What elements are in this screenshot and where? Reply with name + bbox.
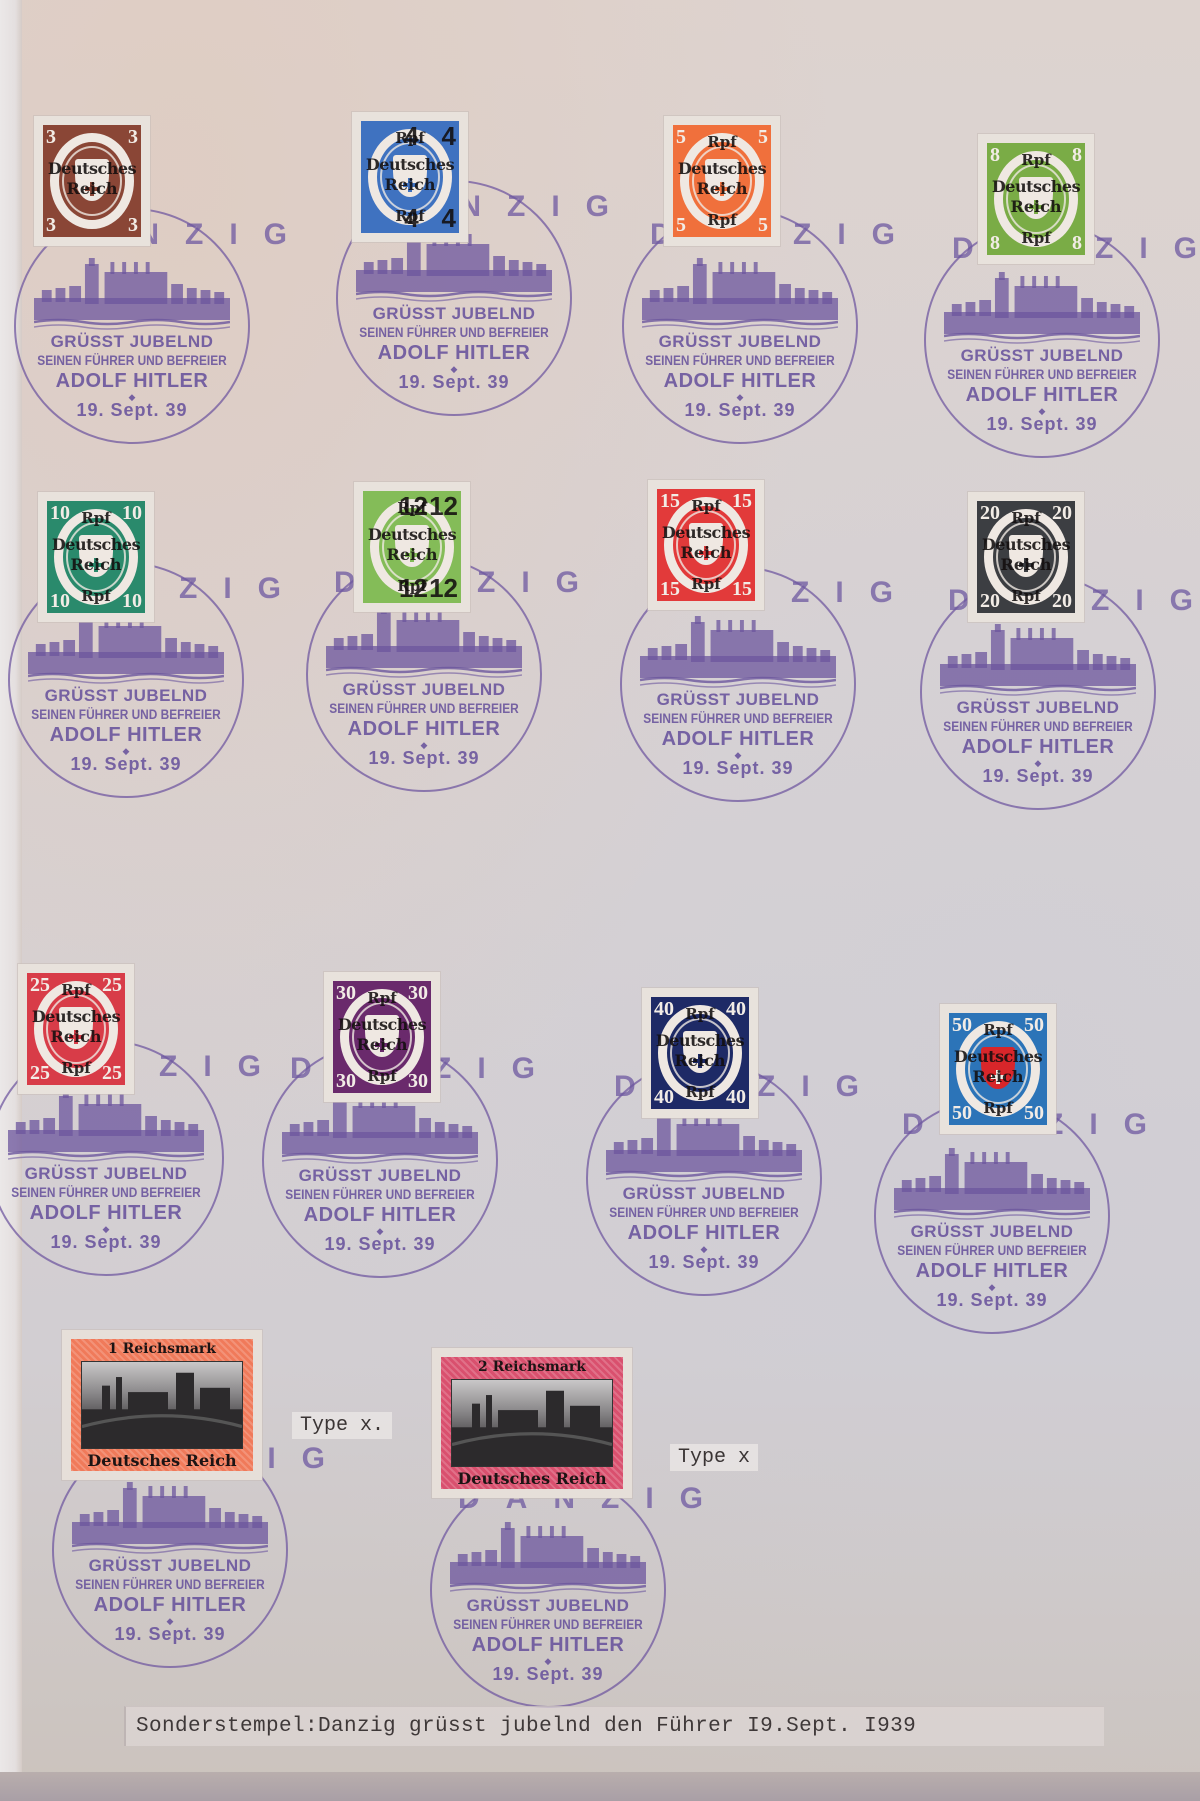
overprint-deutsches: Deutsches bbox=[333, 1017, 431, 1033]
city-skyline-icon bbox=[640, 616, 836, 688]
postmark-line-2: SEINEN FÜHRER UND BEFREIER bbox=[352, 325, 556, 340]
overprint-rpf-top: Rpf bbox=[333, 991, 431, 1006]
postmark-skyline bbox=[72, 1482, 268, 1554]
postmark-date: 19. Sept. 39 bbox=[624, 400, 856, 421]
city-skyline-icon bbox=[944, 272, 1140, 344]
reichsmark-pictorial-stamp-1: 1 Reichsmark Deutsches Reich bbox=[62, 1330, 262, 1480]
overprint-rpf-bottom: Rpf bbox=[673, 213, 771, 228]
danzig-overprint-stamp-25: 25 25 25 25 Rpf Deutsches Reich Rpf bbox=[18, 964, 134, 1094]
overprint-deutsches: Deutsches bbox=[657, 525, 755, 541]
overprint-deutsches: Deutsches bbox=[47, 537, 145, 553]
stamp-frame: 2 Reichsmark Deutsches Reich bbox=[441, 1357, 623, 1489]
stamp-face: 40 40 40 40 Rpf Deutsches Reich Rpf bbox=[651, 997, 749, 1109]
stamp-face: 30 30 30 30 Rpf Deutsches Reich Rpf bbox=[333, 981, 431, 1093]
postmark-line-2: SEINEN FÜHRER UND BEFREIER bbox=[636, 711, 840, 726]
overprint-deutsches: Deutsches bbox=[363, 527, 461, 543]
postmark-line-2: SEINEN FÜHRER UND BEFREIER bbox=[602, 1205, 806, 1220]
overprint-deutsches: Deutsches bbox=[987, 179, 1085, 195]
city-skyline-icon bbox=[642, 258, 838, 330]
overprint-rpf-top: Rpf bbox=[987, 153, 1085, 168]
cityscape-icon bbox=[82, 1362, 242, 1448]
overprint-rpf-top: Rpf bbox=[361, 131, 459, 146]
city-skyline-icon bbox=[28, 612, 224, 684]
city-skyline-icon bbox=[326, 606, 522, 678]
danzig-overprint-stamp-50: 50 50 50 50 Rpf Deutsches Reich Rpf bbox=[940, 1004, 1056, 1134]
stamp-face: 25 25 25 25 Rpf Deutsches Reich Rpf bbox=[27, 973, 125, 1085]
postmark-date: 19. Sept. 39 bbox=[432, 1664, 664, 1685]
value-top-right: 3 bbox=[128, 127, 138, 147]
postmark-line-1: GRÜSST JUBELND bbox=[622, 690, 854, 710]
postmark-skyline bbox=[642, 258, 838, 330]
overprint-rpf-bottom: Rpf bbox=[657, 577, 755, 592]
overprint-deutsches: Deutsches bbox=[977, 537, 1075, 553]
overprint-rpf-bottom: Rpf bbox=[363, 579, 461, 594]
overprint-rpf-bottom: Rpf bbox=[333, 1069, 431, 1084]
postmark-date: 19. Sept. 39 bbox=[0, 1232, 222, 1253]
overprint-reich: Reich bbox=[361, 177, 459, 193]
postmark-date: 19. Sept. 39 bbox=[926, 414, 1158, 435]
postmark-line-3: ADOLF HITLER bbox=[926, 384, 1158, 407]
stamp-face: 20 20 20 20 Rpf Deutsches Reich Rpf bbox=[977, 501, 1075, 613]
value-top-left: 3 bbox=[46, 127, 56, 147]
postmark-line-3: ADOLF HITLER bbox=[0, 1202, 222, 1225]
postmark-date: 19. Sept. 39 bbox=[54, 1624, 286, 1645]
stamp-face: 10 10 10 10 Rpf Deutsches Reich Rpf bbox=[47, 501, 145, 613]
postmark-line-2: SEINEN FÜHRER UND BEFREIER bbox=[322, 701, 526, 716]
danzig-postmark: DANZIG GRÜSST JUBELND SEINEN FÜHRER UND … bbox=[430, 1472, 666, 1708]
danzig-overprint-stamp-15: 15 15 15 15 Rpf Deutsches Reich Rpf bbox=[648, 480, 764, 610]
postmark-line-2: SEINEN FÜHRER UND BEFREIER bbox=[936, 719, 1140, 734]
postmark-line-1: GRÜSST JUBELND bbox=[876, 1222, 1108, 1242]
postmark-line-2: SEINEN FÜHRER UND BEFREIER bbox=[940, 367, 1144, 382]
postmark-line-2: SEINEN FÜHRER UND BEFREIER bbox=[68, 1577, 272, 1592]
overprint-rpf-top: Rpf bbox=[949, 1023, 1047, 1038]
postmark-date: 19. Sept. 39 bbox=[338, 372, 570, 393]
postmark-line-1: GRÜSST JUBELND bbox=[432, 1596, 664, 1616]
overprint-reichsmark: 2 Reichsmark bbox=[441, 1359, 623, 1375]
page-bottom-edge bbox=[0, 1772, 1200, 1801]
postmark-date: 19. Sept. 39 bbox=[10, 754, 242, 775]
postmark-line-3: ADOLF HITLER bbox=[10, 724, 242, 747]
postmark-line-1: GRÜSST JUBELND bbox=[0, 1164, 222, 1184]
type-label: Type x bbox=[670, 1444, 758, 1471]
postmark-skyline bbox=[326, 606, 522, 678]
stamp-face: 5 5 5 5 Rpf Deutsches Reich Rpf bbox=[673, 125, 771, 237]
stamp-face: 8 8 8 8 Rpf Deutsches Reich Rpf bbox=[987, 143, 1085, 255]
danzig-overprint-stamp-30: 30 30 30 30 Rpf Deutsches Reich Rpf bbox=[324, 972, 440, 1102]
stamp-face: 15 15 15 15 Rpf Deutsches Reich Rpf bbox=[657, 489, 755, 601]
postmark-date: 19. Sept. 39 bbox=[308, 748, 540, 769]
overprint-reich: Reich bbox=[977, 557, 1075, 573]
postmark-line-1: GRÜSST JUBELND bbox=[308, 680, 540, 700]
postmark-line-3: ADOLF HITLER bbox=[922, 736, 1154, 759]
postmark-line-1: GRÜSST JUBELND bbox=[264, 1166, 496, 1186]
postmark-date: 19. Sept. 39 bbox=[16, 400, 248, 421]
postmark-line-1: GRÜSST JUBELND bbox=[10, 686, 242, 706]
postmark-line-1: GRÜSST JUBELND bbox=[588, 1184, 820, 1204]
postmark-date: 19. Sept. 39 bbox=[588, 1252, 820, 1273]
postmark-line-1: GRÜSST JUBELND bbox=[338, 304, 570, 324]
overprint-reich: Reich bbox=[673, 181, 771, 197]
danzig-overprint-stamp-40: 40 40 40 40 Rpf Deutsches Reich Rpf bbox=[642, 988, 758, 1118]
overprint-rpf-bottom: Rpf bbox=[949, 1101, 1047, 1116]
postmark-line-2: SEINEN FÜHRER UND BEFREIER bbox=[30, 353, 234, 368]
reichsmark-pictorial-stamp-2: 2 Reichsmark Deutsches Reich bbox=[432, 1348, 632, 1498]
overprint-deutsches: Deutsches bbox=[673, 161, 771, 177]
overprint-reich: Reich bbox=[43, 181, 141, 197]
cityscape-icon bbox=[452, 1380, 612, 1466]
danzig-overprint-stamp-20: 20 20 20 20 Rpf Deutsches Reich Rpf bbox=[968, 492, 1084, 622]
danzig-overprint-stamp-12: 12 12 12 12 Rpf Deutsches Reich Rpf bbox=[354, 482, 470, 612]
postmark-skyline bbox=[944, 272, 1140, 344]
type-label: Type x. bbox=[292, 1412, 392, 1439]
postmark-line-3: ADOLF HITLER bbox=[338, 342, 570, 365]
overprint-rpf-bottom: Rpf bbox=[987, 231, 1085, 246]
postmark-line-3: ADOLF HITLER bbox=[264, 1204, 496, 1227]
postmark-date: 19. Sept. 39 bbox=[622, 758, 854, 779]
danzig-overprint-stamp-4: 4 4 4 4 Rpf Deutsches Reich Rpf bbox=[352, 112, 468, 242]
city-skyline-icon bbox=[8, 1090, 204, 1162]
postmark-line-3: ADOLF HITLER bbox=[588, 1222, 820, 1245]
overprint-deutsches-reich: Deutsches Reich bbox=[441, 1469, 623, 1488]
overprint-rpf-bottom: Rpf bbox=[651, 1085, 749, 1100]
overprint-deutsches: Deutsches bbox=[27, 1009, 125, 1025]
danzig-overprint-stamp-8: 8 8 8 8 Rpf Deutsches Reich Rpf bbox=[978, 134, 1094, 264]
overprint-deutsches: Deutsches bbox=[43, 161, 141, 177]
overprint-rpf-bottom: Rpf bbox=[361, 209, 459, 224]
postmark-line-1: GRÜSST JUBELND bbox=[624, 332, 856, 352]
postmark-line-2: SEINEN FÜHRER UND BEFREIER bbox=[638, 353, 842, 368]
city-skyline-icon bbox=[72, 1482, 268, 1554]
postmark-skyline bbox=[606, 1110, 802, 1182]
postmark-skyline bbox=[28, 612, 224, 684]
stamp-face: 50 50 50 50 Rpf Deutsches Reich Rpf bbox=[949, 1013, 1047, 1125]
postmark-skyline bbox=[450, 1522, 646, 1594]
overprint-rpf-top: Rpf bbox=[47, 511, 145, 526]
overprint-rpf-bottom: Rpf bbox=[47, 589, 145, 604]
overprint-reich: Reich bbox=[651, 1053, 749, 1069]
postmark-line-3: ADOLF HITLER bbox=[432, 1634, 664, 1657]
overprint-reich: Reich bbox=[987, 199, 1085, 215]
postmark-skyline bbox=[640, 616, 836, 688]
postmark-line-3: ADOLF HITLER bbox=[16, 370, 248, 393]
overprint-rpf-top: Rpf bbox=[977, 511, 1075, 526]
postmark-skyline bbox=[34, 258, 230, 330]
city-view-picture bbox=[81, 1361, 243, 1449]
postmark-line-2: SEINEN FÜHRER UND BEFREIER bbox=[4, 1185, 208, 1200]
overprint-reich: Reich bbox=[47, 557, 145, 573]
city-skyline-icon bbox=[940, 624, 1136, 696]
postmark-line-1: GRÜSST JUBELND bbox=[922, 698, 1154, 718]
overprint-deutsches: Deutsches bbox=[949, 1049, 1047, 1065]
postmark-line-2: SEINEN FÜHRER UND BEFREIER bbox=[278, 1187, 482, 1202]
postmark-line-1: GRÜSST JUBELND bbox=[16, 332, 248, 352]
postmark-line-3: ADOLF HITLER bbox=[624, 370, 856, 393]
postmark-skyline bbox=[940, 624, 1136, 696]
postmark-skyline bbox=[282, 1092, 478, 1164]
album-page: DANZIG GRÜSST JUBELND SEINEN FÜHRER UND … bbox=[0, 0, 1200, 1801]
postmark-skyline bbox=[894, 1148, 1090, 1220]
overprint-rpf-top: Rpf bbox=[657, 499, 755, 514]
city-skyline-icon bbox=[606, 1110, 802, 1182]
stamp-frame: 1 Reichsmark Deutsches Reich bbox=[71, 1339, 253, 1471]
city-skyline-icon bbox=[450, 1522, 646, 1594]
postmark-line-2: SEINEN FÜHRER UND BEFREIER bbox=[446, 1617, 650, 1632]
city-view-picture bbox=[451, 1379, 613, 1467]
stamp-face: 4 4 4 4 Rpf Deutsches Reich Rpf bbox=[361, 121, 459, 233]
overprint-reich: Reich bbox=[363, 547, 461, 563]
overprint-deutsches-reich: Deutsches Reich bbox=[71, 1451, 253, 1470]
city-skyline-icon bbox=[34, 258, 230, 330]
typed-caption: Sonderstempel:Danzig grüsst jubelnd den … bbox=[136, 1715, 916, 1738]
danzig-overprint-stamp-3: 3 3 3 3 Deutsches Reich bbox=[34, 116, 150, 246]
postmark-line-2: SEINEN FÜHRER UND BEFREIER bbox=[890, 1243, 1094, 1258]
overprint-rpf-top: Rpf bbox=[651, 1007, 749, 1022]
overprint-rpf-top: Rpf bbox=[673, 135, 771, 150]
overprint-reich: Reich bbox=[657, 545, 755, 561]
stamp-face: 12 12 12 12 Rpf Deutsches Reich Rpf bbox=[363, 491, 461, 603]
postmark-line-3: ADOLF HITLER bbox=[622, 728, 854, 751]
stamp-face: 3 3 3 3 Deutsches Reich bbox=[43, 125, 141, 237]
postmark-date: 19. Sept. 39 bbox=[876, 1290, 1108, 1311]
postmark-line-3: ADOLF HITLER bbox=[876, 1260, 1108, 1283]
overprint-rpf-bottom: Rpf bbox=[27, 1061, 125, 1076]
overprint-rpf-bottom: Rpf bbox=[977, 589, 1075, 604]
overprint-reich: Reich bbox=[333, 1037, 431, 1053]
postmark-date: 19. Sept. 39 bbox=[922, 766, 1154, 787]
overprint-deutsches: Deutsches bbox=[361, 157, 459, 173]
overprint-reichsmark: 1 Reichsmark bbox=[71, 1341, 253, 1357]
city-skyline-icon bbox=[894, 1148, 1090, 1220]
postmark-line-1: GRÜSST JUBELND bbox=[54, 1556, 286, 1576]
page-left-edge bbox=[0, 0, 22, 1801]
overprint-deutsches: Deutsches bbox=[651, 1033, 749, 1049]
postmark-line-2: SEINEN FÜHRER UND BEFREIER bbox=[24, 707, 228, 722]
postmark-line-1: GRÜSST JUBELND bbox=[926, 346, 1158, 366]
overprint-reich: Reich bbox=[27, 1029, 125, 1045]
overprint-rpf-top: Rpf bbox=[363, 501, 461, 516]
postmark-date: 19. Sept. 39 bbox=[264, 1234, 496, 1255]
postmark-skyline bbox=[8, 1090, 204, 1162]
overprint-rpf-top: Rpf bbox=[27, 983, 125, 998]
city-skyline-icon bbox=[282, 1092, 478, 1164]
value-bottom-right: 3 bbox=[128, 215, 138, 235]
danzig-overprint-stamp-10: 10 10 10 10 Rpf Deutsches Reich Rpf bbox=[38, 492, 154, 622]
overprint-reich: Reich bbox=[949, 1069, 1047, 1085]
postmark-line-3: ADOLF HITLER bbox=[54, 1594, 286, 1617]
caption-strip: Sonderstempel:Danzig grüsst jubelnd den … bbox=[124, 1706, 1104, 1746]
danzig-overprint-stamp-5: 5 5 5 5 Rpf Deutsches Reich Rpf bbox=[664, 116, 780, 246]
value-bottom-left: 3 bbox=[46, 215, 56, 235]
postmark-line-3: ADOLF HITLER bbox=[308, 718, 540, 741]
